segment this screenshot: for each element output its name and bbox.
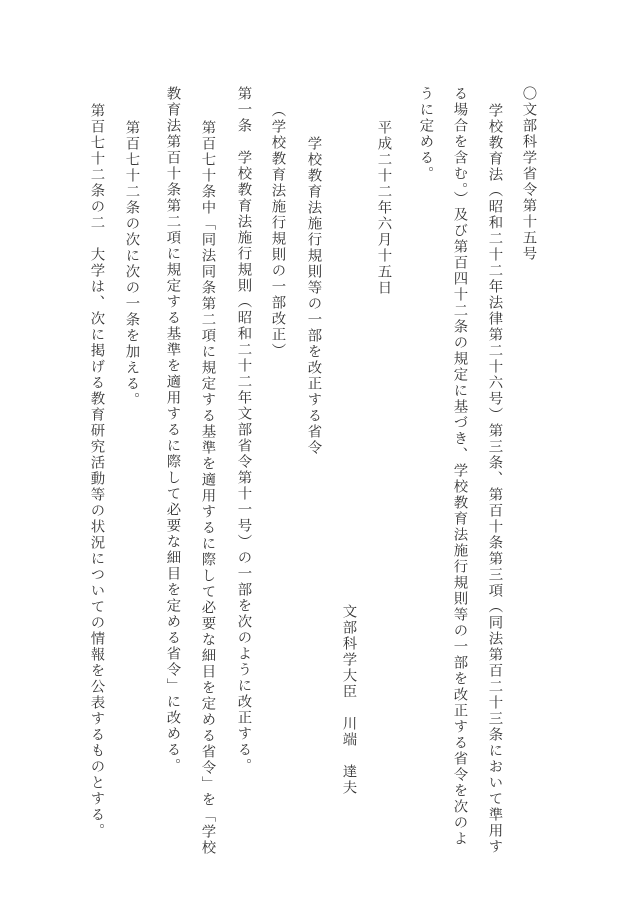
article-1-line-1: 第一条 学校教育法施行規則（昭和二十二年文部省令第十一号）の一部を次のように改正… bbox=[236, 86, 250, 774]
section-heading: （学校教育法施行規則の一部改正） bbox=[270, 103, 284, 359]
ordinance-number: 〇文部科学省令第十五号 bbox=[521, 86, 535, 262]
preamble-line-3: うに定める。 bbox=[418, 86, 432, 182]
preamble-line-2: る場合を含む。）及び第百四十二条の規定に基づき、学校教育法施行規則等の一部を改正… bbox=[452, 86, 466, 847]
enactment-date: 平成二十二年六月十五日 bbox=[376, 120, 390, 296]
article-1-line-3: 教育法第百十条第二項に規定する基準を適用するに際して必要な細目を定める省令」に改… bbox=[165, 86, 179, 774]
preamble-line-1: 学校教育法（昭和二十二年法律第二十六号）第三条、第百十条第三項（同法第百二十三条… bbox=[487, 103, 501, 855]
signatory: 文部科学大臣 川端 達夫 bbox=[341, 604, 355, 796]
document-page: 〇文部科学省令第十五号 学校教育法（昭和二十二年法律第二十六号）第三条、第百十条… bbox=[0, 0, 630, 903]
article-1-line-2: 第百七十条中「同法同条第二項に規定する基準を適用するに際して必要な細目を定める省… bbox=[200, 120, 214, 856]
ordinance-title: 学校教育法施行規則等の一部を改正する省令 bbox=[306, 136, 320, 456]
article-1-line-4: 第百七十二条の次に次の一条を加える。 bbox=[124, 120, 138, 408]
article-1-line-5: 第百七十二条の二 大学は、次に掲げる教育研究活動等の状況についての情報を公表する… bbox=[89, 103, 103, 839]
